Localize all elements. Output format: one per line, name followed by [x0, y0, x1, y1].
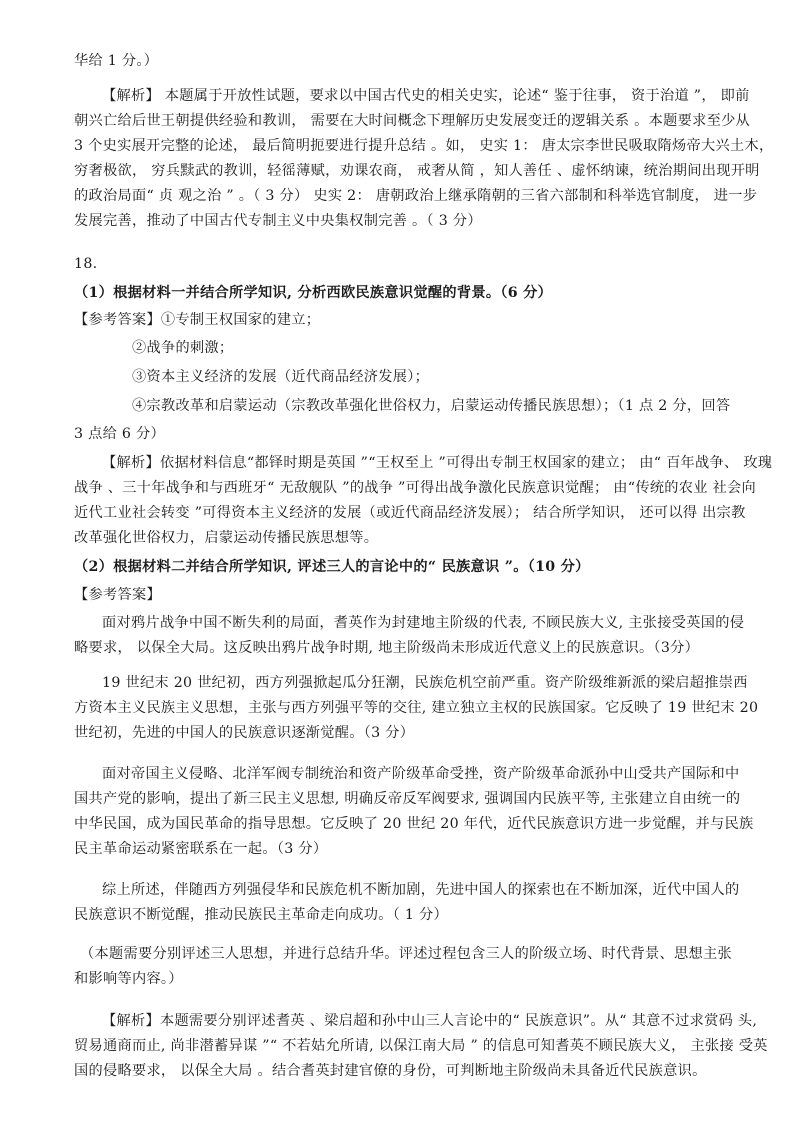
q17-analysis-line: 发展完善，推动了中国古代专制主义中央集权制完善 。（ 3 分）: [74, 211, 482, 231]
question-number: 18.: [74, 254, 97, 274]
q18-part2-paragraph-line: 方资本主义民族主义思想，主张与西方列强平等的交往, 建立独立主权的民族国家。它反…: [74, 698, 758, 718]
q18-part2-paragraph-line: 中华民国，成为国民革命的指导思想。它反映了 20 世纪 20 年代，近代民族意识…: [74, 814, 754, 834]
q18-part2-paragraph-line: 民族意识不断觉醒，推动民族民主革命走向成功。（ 1 分）: [74, 905, 448, 925]
q18-part2-note-line: 和影响等内容。）: [74, 969, 183, 989]
document-page: 华给 1 分。） 【解析】 本题属于开放性试题，要求以中国古代史的相关史实，论述…: [0, 0, 800, 1131]
q18-part1-question: （1）根据材料一并结合所学知识, 分析西欧民族意识觉醒的背景。（6 分）: [74, 283, 552, 303]
q18-part2-paragraph-line: 19 世纪末 20 世纪初，西方列强掀起瓜分狂潮，民族危机空前严重。资产阶级维新…: [102, 673, 748, 693]
q18-part2-analysis-line: 【解析】本题需要分别评述耆英 、梁启超和孙中山三人言论中的“ 民族意识”。从“ …: [102, 1011, 757, 1031]
q17-analysis-line: 3 个史实展开完整的论述， 最后简明扼要进行提升总结 。如， 史实 1： 唐太宗…: [74, 136, 773, 156]
q18-part2-analysis-line: 国的侵略要求， 以保全大局 。结合耆英封建官僚的身份，可判断地主阶级尚未具备近代…: [74, 1061, 707, 1081]
q17-analysis-line: 朝兴亡给后世王朝提供经验和教训， 需要在大时间概念下理解历史发展变迁的逻辑关系 …: [74, 111, 750, 131]
q18-part2-question: （2）根据材料二并结合所学知识, 评述三人的言论中的“ 民族意识 ”。（10 分…: [74, 557, 590, 577]
q18-part2-paragraph-line: 面对鸦片战争中国不断失利的局面，耆英作为封建地主阶级的代表, 不顾民族大义, 主…: [102, 613, 744, 633]
q18-part2-answer-label: 【参考答案】: [74, 585, 161, 605]
q18-part1-answer-item: ③资本主义经济的发展（近代商品经济发展）；: [132, 367, 429, 387]
q18-part2-paragraph-line: 民主革命运动紧密联系在一起。（3 分）: [74, 839, 327, 859]
q18-part2-analysis-line: 贸易通商而止, 尚非潜蓄异谋 ”“ 不若姑允所请, 以保江南大局 ” 的信息可知…: [74, 1036, 768, 1056]
q18-part2-paragraph-line: 国共产党的影响，提出了新三民主义思想, 明确反帝反军阀要求, 强调国内民族平等,…: [74, 789, 740, 809]
q18-part2-paragraph-line: 世纪初，先进的中国人的民族意识逐渐觉醒。（3 分）: [74, 723, 414, 743]
q18-part1-analysis-line: 【解析】依据材料信息“都铎时期是英国 ”“王权至上 ”可得出专制王权国家的建立；…: [102, 453, 772, 473]
q18-part2-note-line: （本题需要分别评述三人思想，并进行总结升华。评述过程包含三人的阶级立场、时代背景…: [80, 944, 732, 964]
q18-part2-paragraph-line: 略要求， 以保全大局。这反映出鸦片战争时期, 地主阶级尚未形成近代意义上的民族意…: [74, 638, 699, 658]
q18-part2-paragraph-line: 面对帝国主义侵略、北洋军阀专制统治和资产阶级革命受挫，资产阶级革命派孙中山受共产…: [102, 764, 739, 784]
q18-part1-answer-item: ④宗教改革和启蒙运动（宗教改革强化世俗权力，启蒙运动传播民族思想）；（1 点 2…: [132, 396, 730, 416]
q18-part1-answer-tail: 3 点给 6 分）: [74, 424, 165, 444]
q18-part1-answer-item: ②战争的刺激；: [132, 338, 233, 358]
q18-part1-analysis-line: 改革强化世俗权力，启蒙运动传播民族思想等。: [74, 528, 378, 548]
q18-part1-analysis-line: 战争 、三十年战争和与西班牙“ 无敌舰队 ”的战争 ”可得出战争激化民族意识觉醒…: [74, 478, 756, 498]
q17-analysis-line: 穷奢极欲， 穷兵黩武的教训，轻徭薄赋，劝课农商， 戒奢从简 ，知人善任 、虚怀纳…: [74, 161, 760, 181]
q18-part1-analysis-line: 近代工业社会转变 ”可得资本主义经济的发展（或近代商品经济发展）； 结合所学知识…: [74, 503, 746, 523]
q17-analysis-line: 的政治局面“ 贞 观之治 ” 。（ 3 分） 史实 2： 唐朝政治上继承隋朝的三…: [74, 186, 757, 206]
q17-continuation: 华给 1 分。）: [74, 51, 158, 71]
q18-part1-answer-label: 【参考答案】①专制王权国家的建立；: [74, 310, 320, 330]
q18-part2-paragraph-line: 综上所述，伴随西方列强侵华和民族危机不断加剧，先进中国人的探索也在不断加深，近代…: [102, 880, 739, 900]
q17-analysis-line: 【解析】 本题属于开放性试题，要求以中国古代史的相关史实，论述“ 鉴于往事， 资…: [102, 86, 750, 106]
